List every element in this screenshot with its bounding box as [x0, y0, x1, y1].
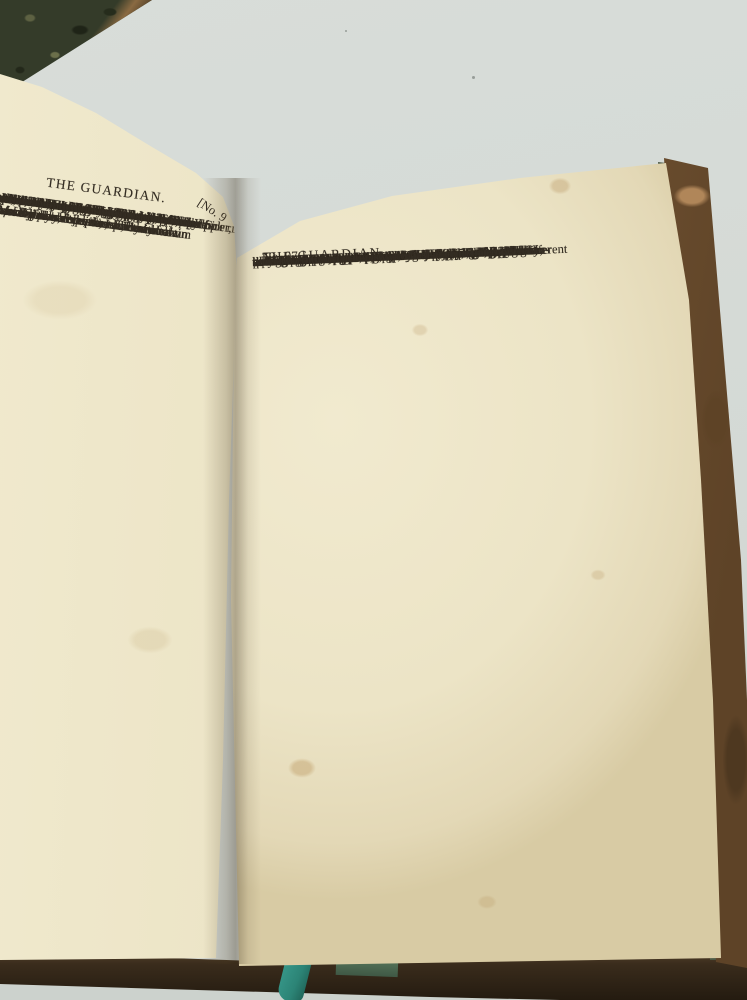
- right-page-content: No. 97.] THE GUARDIAN. 59 account of the…: [252, 235, 628, 255]
- book-photo-scene: THE GUARDIAN. st familiarities with her …: [0, 0, 747, 1000]
- left-page-text: THE GUARDIAN. st familiarities with her …: [0, 168, 254, 235]
- dust-speck: [345, 30, 347, 32]
- dust-speck: [472, 76, 475, 79]
